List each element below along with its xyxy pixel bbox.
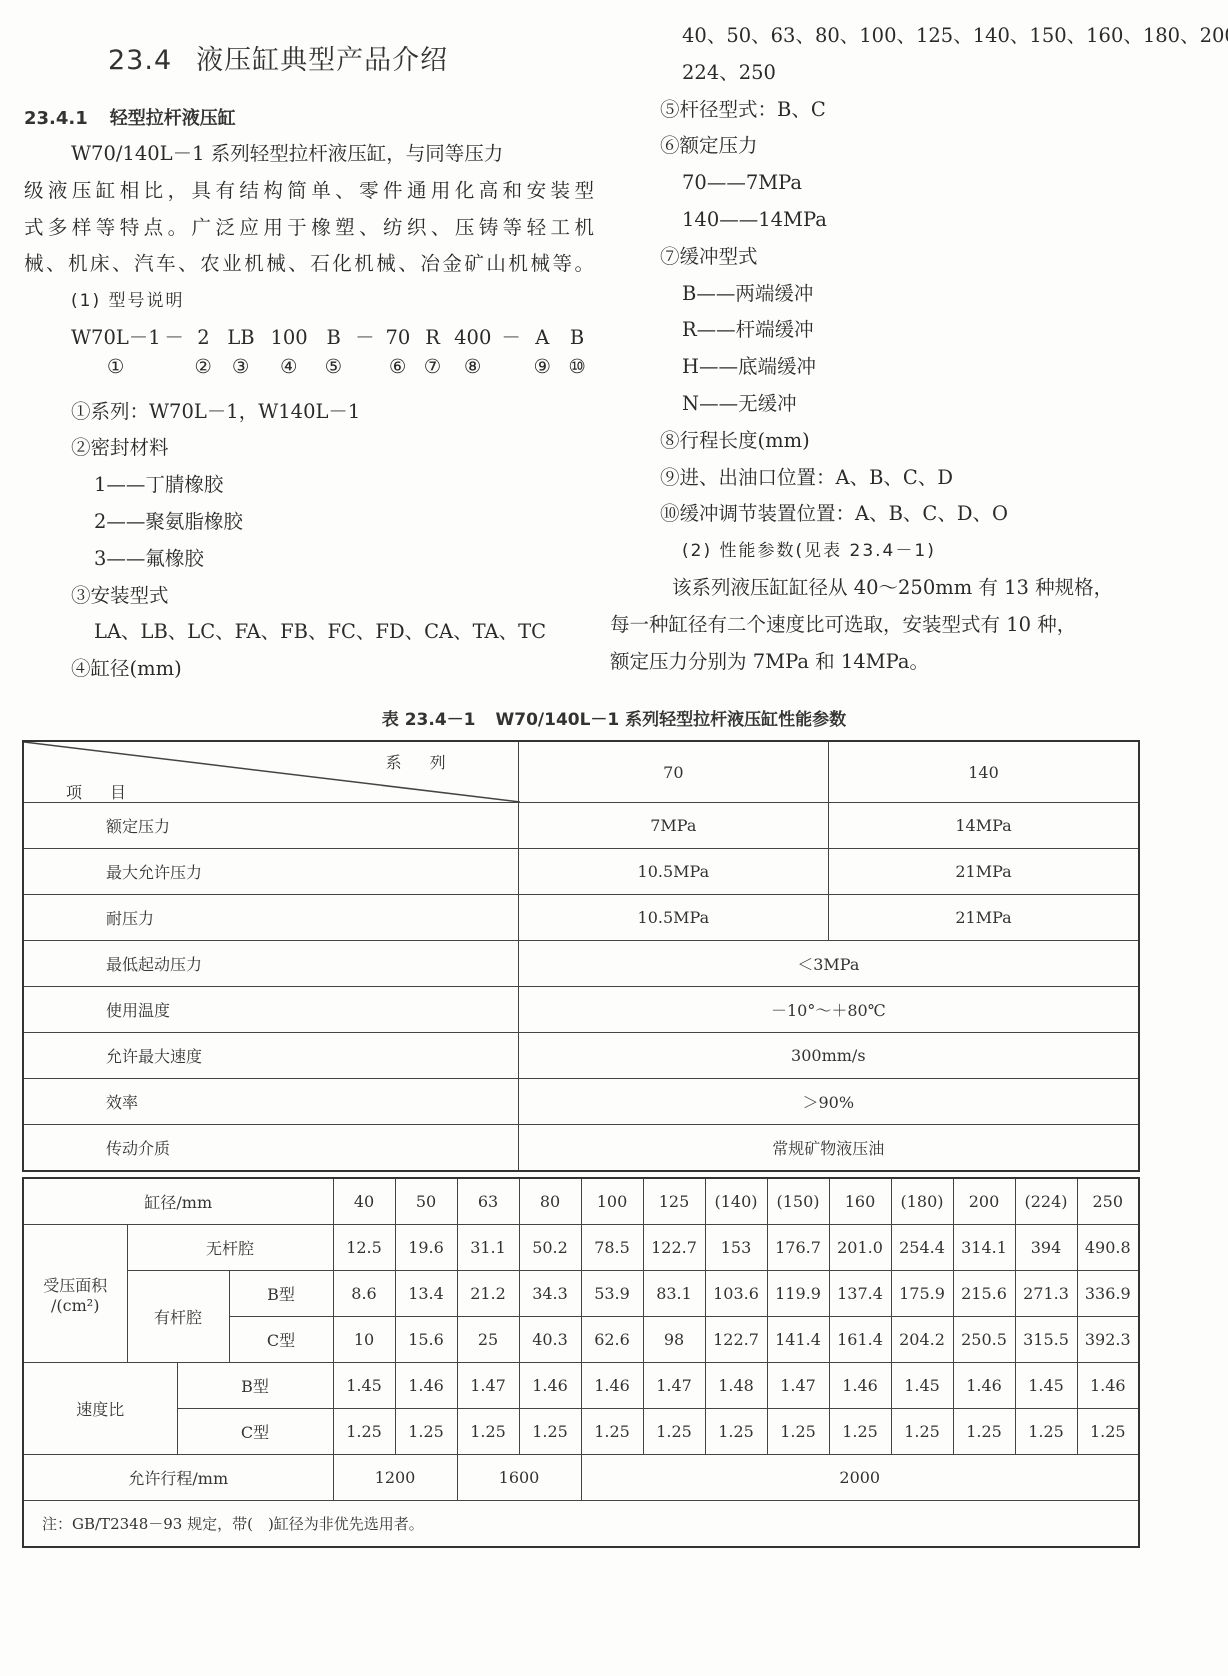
bore-value: (140) (705, 1178, 767, 1225)
note-row: 注：GB/T2348－93 规定，带( )缸径为非优先选用者。 (23, 1501, 1139, 1548)
row-label: 耐压力 (23, 895, 518, 941)
speed-b-value: 1.46 (829, 1363, 891, 1409)
performance-table-upper: 系列 项目 70 140 额定压力 7MPa 14MPa 最大允许压力 10.5… (22, 740, 1140, 1172)
value-140: 14MPa (829, 803, 1139, 849)
row-value: 300mm/s (518, 1033, 1139, 1079)
speed-b-value: 1.46 (395, 1363, 457, 1409)
speed-b-value: 1.47 (643, 1363, 705, 1409)
model-item: ④缸径(mm) (24, 651, 594, 688)
speed-b-value: 1.47 (457, 1363, 519, 1409)
area-rodless-row: 受压面积/(cm²) 无杆腔12.519.631.150.278.5122.71… (23, 1225, 1139, 1271)
row-value: －10°～＋80℃ (518, 987, 1139, 1033)
rod-c-value: 40.3 (519, 1317, 581, 1363)
speed-c-value: 1.25 (705, 1409, 767, 1455)
bore-value: 80 (519, 1178, 581, 1225)
value-140: 21MPa (829, 849, 1139, 895)
bore-value: 250 (1077, 1178, 1139, 1225)
speed-c-label: C型 (177, 1409, 333, 1455)
model-marker: ⑧ (448, 349, 498, 386)
section-title: 23.4液压缸典型产品介绍 (108, 38, 448, 77)
bore-value: 200 (953, 1178, 1015, 1225)
rodless-value: 122.7 (643, 1225, 705, 1271)
rodless-label: 无杆腔 (127, 1225, 333, 1271)
speed-c-value: 1.25 (643, 1409, 705, 1455)
rodless-value: 394 (1015, 1225, 1077, 1271)
model-item: ⑥额定压力 (660, 128, 1216, 165)
section-number: 23.4 (108, 45, 172, 76)
table-row: 传动介质 常规矿物液压油 (23, 1125, 1139, 1172)
series-70-header: 70 (518, 741, 828, 803)
bore-value: (224) (1015, 1178, 1077, 1225)
rod-b-value: 215.6 (953, 1271, 1015, 1317)
model-item: ②密封材料 (24, 430, 594, 467)
rod-b-value: 137.4 (829, 1271, 891, 1317)
rod-b-value: 83.1 (643, 1271, 705, 1317)
bore-value: 40 (333, 1178, 395, 1225)
rodless-value: 12.5 (333, 1225, 395, 1271)
subsection-title: 23.4.1轻型拉杆液压缸 (24, 104, 236, 130)
rod-c-value: 161.4 (829, 1317, 891, 1363)
stroke-value: 2000 (581, 1455, 1139, 1501)
intro-line: 械、机床、汽车、农业机械、石化机械、冶金矿山机械等。 (24, 246, 594, 283)
table-row: 耐压力 10.5MPa 21MPa (23, 895, 1139, 941)
row-label: 最低起动压力 (23, 941, 518, 987)
speed-ratio-c-row: C型1.251.251.251.251.251.251.251.251.251.… (23, 1409, 1139, 1455)
model-item: 224、250 (660, 55, 1216, 92)
area-unit: /(cm²) (24, 1296, 127, 1315)
model-marker (498, 349, 525, 386)
header-series-label: 系列 (386, 750, 474, 773)
row-label: 使用温度 (23, 987, 518, 1033)
table-number: 表 23.4－1 (382, 710, 476, 730)
rod-c-value: 25 (457, 1317, 519, 1363)
intro-line: W70/140L－1 系列轻型拉杆液压缸，与同等压力 (24, 136, 594, 173)
table-header-row: 系列 项目 70 140 (23, 741, 1139, 803)
model-marker-parts: ①②③④⑤⑥⑦⑧⑨⑩ (71, 349, 594, 386)
model-item: H——底端缓冲 (660, 349, 1216, 386)
model-item: B——两端缓冲 (660, 276, 1216, 313)
row-value: ＜3MPa (518, 941, 1139, 987)
speed-ratio-label: 速度比 (23, 1363, 177, 1455)
model-marker: ⑩ (560, 349, 594, 386)
rod-c-value: 62.6 (581, 1317, 643, 1363)
speed-c-value: 1.25 (953, 1409, 1015, 1455)
value-70: 7MPa (518, 803, 828, 849)
rod-c-value: 204.2 (891, 1317, 953, 1363)
model-marker: ② (187, 349, 219, 386)
speed-c-value: 1.25 (395, 1409, 457, 1455)
model-item: LA、LB、LC、FA、FB、FC、FD、CA、TA、TC (24, 614, 594, 651)
speed-c-value: 1.25 (829, 1409, 891, 1455)
rodless-value: 490.8 (1077, 1225, 1139, 1271)
bore-value: 50 (395, 1178, 457, 1225)
speed-b-value: 1.47 (767, 1363, 829, 1409)
stroke-row: 允许行程/mm120016002000 (23, 1455, 1139, 1501)
performance-heading: (2) 性能参数(见表 23.4－1) (660, 533, 1216, 570)
value-70: 10.5MPa (518, 895, 828, 941)
speed-b-value: 1.46 (519, 1363, 581, 1409)
model-item: N——无缓冲 (660, 386, 1216, 423)
rodless-value: 78.5 (581, 1225, 643, 1271)
model-item: R——杆端缓冲 (660, 312, 1216, 349)
speed-b-value: 1.45 (1015, 1363, 1077, 1409)
row-label: 允许最大速度 (23, 1033, 518, 1079)
rodless-value: 254.4 (891, 1225, 953, 1271)
rod-c-value: 15.6 (395, 1317, 457, 1363)
bore-value: 160 (829, 1178, 891, 1225)
performance-line: 该系列液压缸缸径从 40～250mm 有 13 种规格， (650, 570, 1216, 607)
model-item: ⑤杆径型式：B、C (660, 92, 1216, 129)
rod-c-label: C型 (229, 1317, 333, 1363)
model-marker: ⑦ (417, 349, 447, 386)
area-rod-b-row: 有杆腔 B型8.613.421.234.353.983.1103.6119.91… (23, 1271, 1139, 1317)
model-items-left: ①系列：W70L－1，W140L－1②密封材料1——丁腈橡胶2——聚氨脂橡胶3—… (24, 394, 594, 688)
bore-value: 125 (643, 1178, 705, 1225)
bore-row: 缸径/mm40506380100125(140)(150)160(180)200… (23, 1178, 1139, 1225)
table-row: 额定压力 7MPa 14MPa (23, 803, 1139, 849)
stroke-value: 1200 (333, 1455, 457, 1501)
bore-value: 100 (581, 1178, 643, 1225)
rodless-value: 153 (705, 1225, 767, 1271)
row-value: 常规矿物液压油 (518, 1125, 1139, 1172)
intro-line: 级液压缸相比，具有结构简单、零件通用化高和安装型 (24, 173, 594, 210)
model-item: ⑦缓冲型式 (660, 239, 1216, 276)
rod-b-value: 103.6 (705, 1271, 767, 1317)
table-caption: 表 23.4－1W70/140L－1 系列轻型拉杆液压缸性能参数 (0, 705, 1228, 730)
rod-b-value: 175.9 (891, 1271, 953, 1317)
speed-c-value: 1.25 (1077, 1409, 1139, 1455)
header-item-label: 项目 (66, 780, 154, 803)
rod-c-value: 10 (333, 1317, 395, 1363)
speed-c-value: 1.25 (581, 1409, 643, 1455)
value-140: 21MPa (829, 895, 1139, 941)
speed-c-value: 1.25 (1015, 1409, 1077, 1455)
bore-value: (150) (767, 1178, 829, 1225)
right-column: 40、50、63、80、100、125、140、150、160、180、200、… (660, 18, 1216, 680)
bore-value: (180) (891, 1178, 953, 1225)
rod-b-value: 119.9 (767, 1271, 829, 1317)
model-item: ①系列：W70L－1，W140L－1 (24, 394, 594, 431)
speed-b-value: 1.46 (953, 1363, 1015, 1409)
model-item: ⑨进、出油口位置：A、B、C、D (660, 460, 1216, 497)
model-marker: ③ (219, 349, 262, 386)
speed-b-value: 1.45 (891, 1363, 953, 1409)
performance-table-lower: 缸径/mm40506380100125(140)(150)160(180)200… (22, 1177, 1140, 1548)
speed-c-value: 1.25 (891, 1409, 953, 1455)
section-title-text: 液压缸典型产品介绍 (196, 45, 448, 76)
model-marker: ⑤ (316, 349, 352, 386)
table-row: 效率 ＞90% (23, 1079, 1139, 1125)
rod-b-label: B型 (229, 1271, 333, 1317)
rod-c-value: 141.4 (767, 1317, 829, 1363)
performance-line: 每一种缸径有二个速度比可选取，安装型式有 10 种， (610, 607, 1216, 644)
model-item: ③安装型式 (24, 578, 594, 615)
model-marker: ⑨ (524, 349, 560, 386)
intro-line: 式多样等特点。广泛应用于橡塑、纺织、压铸等轻工机 (24, 210, 594, 247)
model-marker: ① (71, 349, 160, 386)
model-item: 140——14MPa (660, 202, 1216, 239)
rodless-value: 176.7 (767, 1225, 829, 1271)
performance-line: 额定压力分别为 7MPa 和 14MPa。 (610, 644, 1216, 681)
model-item: 1——丁腈橡胶 (24, 467, 594, 504)
model-markers: ①②③④⑤⑥⑦⑧⑨⑩ (24, 349, 594, 386)
model-item: 40、50、63、80、100、125、140、150、160、180、200、 (660, 18, 1216, 55)
rodless-value: 314.1 (953, 1225, 1015, 1271)
model-item: ⑩缓冲调节装置位置：A、B、C、D、O (660, 496, 1216, 533)
speed-b-value: 1.46 (1077, 1363, 1139, 1409)
rod-c-value: 250.5 (953, 1317, 1015, 1363)
row-value: ＞90% (518, 1079, 1139, 1125)
area-label-text: 受压面积 (24, 1273, 127, 1296)
model-item: 2——聚氨脂橡胶 (24, 504, 594, 541)
model-item: ⑧行程长度(mm) (660, 423, 1216, 460)
model-marker: ⑥ (378, 349, 417, 386)
speed-c-value: 1.25 (457, 1409, 519, 1455)
speed-b-value: 1.45 (333, 1363, 395, 1409)
area-label: 受压面积/(cm²) (23, 1225, 127, 1363)
rod-b-value: 21.2 (457, 1271, 519, 1317)
stroke-label: 允许行程/mm (23, 1455, 333, 1501)
model-items-right: 40、50、63、80、100、125、140、150、160、180、200、… (660, 18, 1216, 533)
model-marker (351, 349, 378, 386)
rod-b-value: 8.6 (333, 1271, 395, 1317)
left-column: W70/140L－1 系列轻型拉杆液压缸，与同等压力 级液压缸相比，具有结构简单… (24, 136, 594, 688)
rod-c-value: 98 (643, 1317, 705, 1363)
subsection-number: 23.4.1 (24, 108, 88, 129)
rod-c-value: 122.7 (705, 1317, 767, 1363)
model-heading: (1) 型号说明 (24, 283, 594, 320)
rod-c-value: 315.5 (1015, 1317, 1077, 1363)
speed-b-value: 1.48 (705, 1363, 767, 1409)
model-item: 3——氟橡胶 (24, 541, 594, 578)
bore-label: 缸径/mm (23, 1178, 333, 1225)
speed-c-value: 1.25 (767, 1409, 829, 1455)
rodless-value: 19.6 (395, 1225, 457, 1271)
row-label: 传动介质 (23, 1125, 518, 1172)
speed-b-value: 1.46 (581, 1363, 643, 1409)
series-140-header: 140 (829, 741, 1139, 803)
table-row: 最大允许压力 10.5MPa 21MPa (23, 849, 1139, 895)
rod-b-value: 34.3 (519, 1271, 581, 1317)
rod-b-value: 53.9 (581, 1271, 643, 1317)
row-label: 最大允许压力 (23, 849, 518, 895)
speed-c-value: 1.25 (519, 1409, 581, 1455)
subsection-title-text: 轻型拉杆液压缸 (110, 108, 236, 129)
rod-b-value: 336.9 (1077, 1271, 1139, 1317)
stroke-value: 1600 (457, 1455, 581, 1501)
speed-b-label: B型 (177, 1363, 333, 1409)
rodless-value: 201.0 (829, 1225, 891, 1271)
table-title: W70/140L－1 系列轻型拉杆液压缸性能参数 (496, 710, 847, 730)
row-label: 效率 (23, 1079, 518, 1125)
row-label: 额定压力 (23, 803, 518, 849)
rod-c-value: 392.3 (1077, 1317, 1139, 1363)
bore-value: 63 (457, 1178, 519, 1225)
table-row: 允许最大速度 300mm/s (23, 1033, 1139, 1079)
rod-b-value: 13.4 (395, 1271, 457, 1317)
rod-b-value: 271.3 (1015, 1271, 1077, 1317)
table-row: 最低起动压力 ＜3MPa (23, 941, 1139, 987)
table-row: 使用温度 －10°～＋80℃ (23, 987, 1139, 1033)
rodless-value: 50.2 (519, 1225, 581, 1271)
speed-c-value: 1.25 (333, 1409, 395, 1455)
diagonal-header-cell: 系列 项目 (23, 741, 518, 803)
value-70: 10.5MPa (518, 849, 828, 895)
rodless-value: 31.1 (457, 1225, 519, 1271)
model-marker (160, 349, 187, 386)
model-marker: ④ (262, 349, 316, 386)
table-note: 注：GB/T2348－93 规定，带( )缸径为非优先选用者。 (23, 1501, 1139, 1548)
rod-label: 有杆腔 (127, 1271, 229, 1363)
model-item: 70——7MPa (660, 165, 1216, 202)
speed-ratio-b-row: 速度比 B型1.451.461.471.461.461.471.481.471.… (23, 1363, 1139, 1409)
